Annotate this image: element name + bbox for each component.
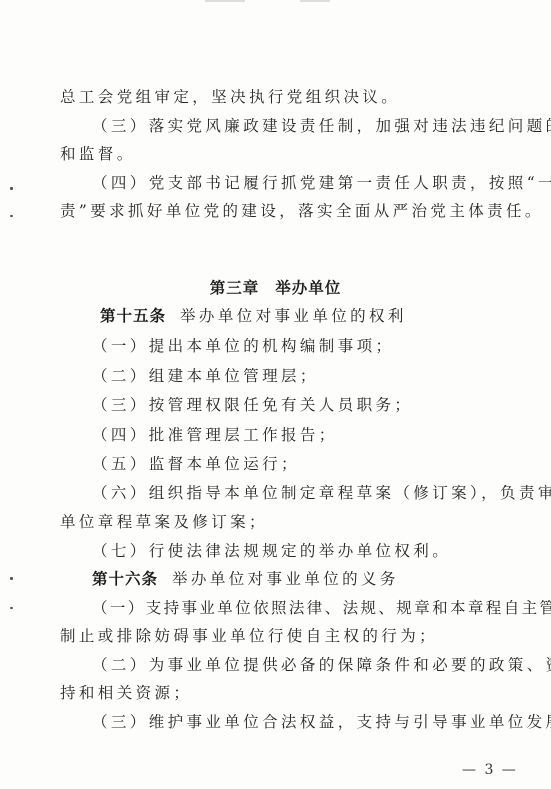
paragraph-line: 责”要求抓好单位党的建设，落实全面从严治党主体责任。 (60, 201, 544, 221)
list-item: （二）组建本单位管理层； (92, 366, 319, 386)
article-title: 举办单位对事业单位的权利 (180, 307, 407, 325)
document-page: 总工会党组审定，坚决执行党组织决议。 （三）落实党风廉政建设责任制，加强对违法违… (0, 0, 551, 789)
list-item: （六）组织指导本单位制定章程草案（修订案），负责审核本 (92, 483, 551, 503)
scan-artifact (205, 0, 245, 2)
list-item: （二）为事业单位提供必备的保障条件和必要的政策、资金支 (92, 655, 551, 675)
chapter-title: 举办单位 (275, 279, 341, 297)
chapter-heading: 第三章举办单位 (0, 276, 551, 298)
paragraph-line: 单位章程草案及修订案； (60, 512, 268, 532)
article-heading: 第十五条举办单位对事业单位的权利 (100, 306, 407, 326)
binding-mark (10, 607, 13, 609)
paragraph-line: 和监督。 (60, 144, 136, 164)
binding-mark (10, 187, 13, 190)
list-item: （一）支持事业单位依照法律、法规、规章和本章程自主管理， (92, 598, 551, 618)
paragraph-line: 持和相关资源； (60, 683, 192, 703)
list-item: （四）批准管理层工作报告； (92, 425, 338, 445)
paragraph-line: 总工会党组审定，坚决执行党组织决议。 (60, 87, 400, 107)
list-item: （五）监督本单位运行； (92, 454, 300, 474)
binding-mark (10, 577, 13, 580)
article-heading: 第十六条举办单位对事业单位的义务 (92, 569, 399, 589)
list-item: （三）按管理权限任免有关人员职务； (92, 395, 413, 415)
paragraph-line: （四）党支部书记履行抓党建第一责任人职责，按照“一岗双 (92, 173, 551, 193)
list-item: （一）提出本单位的机构编制事项； (92, 336, 394, 356)
paragraph-line: 制止或排除妨碍事业单位行使自主权的行为； (60, 626, 438, 646)
binding-mark (10, 215, 13, 217)
chapter-number: 第三章 (210, 279, 260, 297)
paragraph-line: （三）落实党风廉政建设责任制，加强对违法违纪问题的预防 (92, 116, 551, 136)
list-item: （七）行使法律法规规定的举办单位权利。 (92, 541, 451, 561)
article-title: 举办单位对事业单位的义务 (172, 570, 399, 588)
list-item: （三）维护事业单位合法权益，支持与引导事业单位发展； (92, 712, 551, 732)
scan-artifact (300, 0, 330, 2)
page-number: — 3 — (462, 762, 518, 778)
article-number: 第十五条 (100, 307, 166, 325)
article-number: 第十六条 (92, 570, 158, 588)
